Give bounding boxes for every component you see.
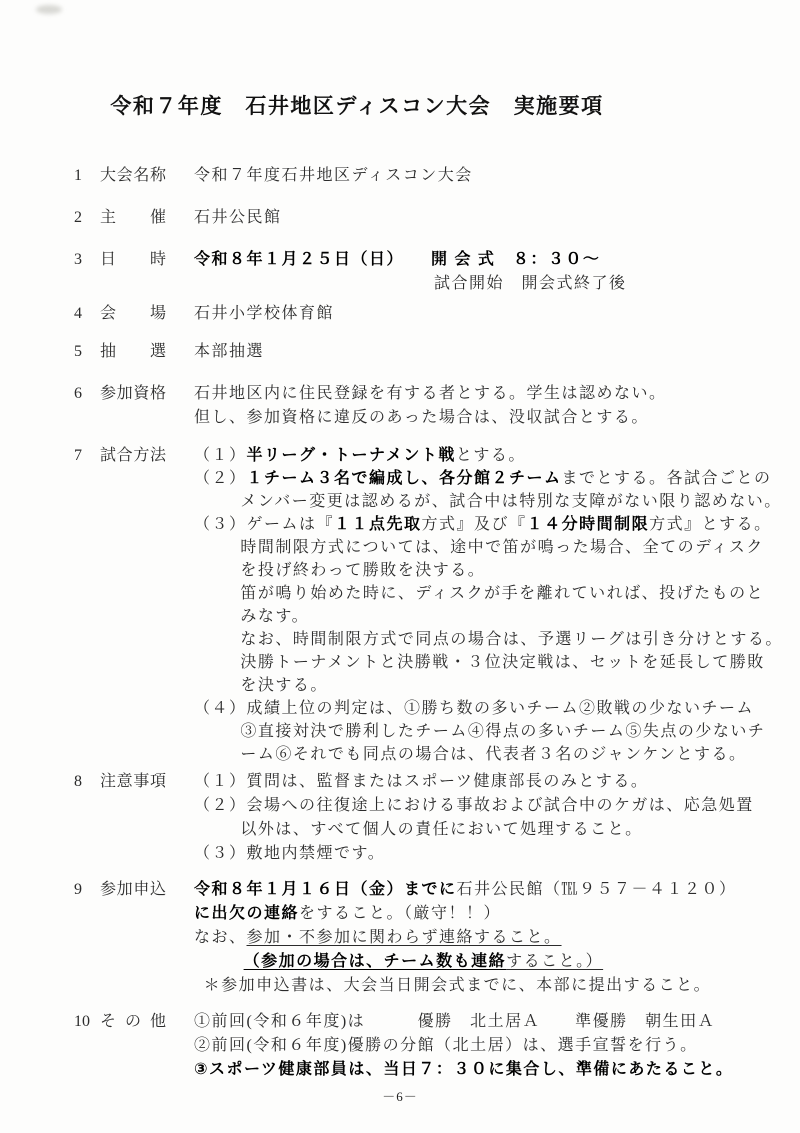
section-label: 参加資格	[100, 382, 166, 406]
label-char: 合	[117, 444, 133, 467]
text-line: 石井公民館	[194, 206, 770, 230]
section-6: 6参加資格石井地区内に住民登録を有する者とする。学生は認めない。但し、参加資格に…	[74, 382, 770, 430]
section-content: 令和８年１月１６日（金）までに石井公民館（℡９５７－４１２０）に出欠の連絡をする…	[194, 878, 770, 998]
label-char: 場	[150, 302, 166, 326]
text-segment: 開 会 式 ８：３０～	[431, 251, 600, 268]
text-line: を投げ終わって勝敗を決する。	[194, 559, 783, 582]
section-label: 日時	[100, 248, 166, 272]
section-content: 石井小学校体育館	[194, 302, 770, 326]
text-line: ＊参加申込書は、大会当日開会式までに、本部に提出すること。	[194, 974, 770, 998]
text-segment: 決勝トーナメントと決勝戦・３位決定戦は、セットを延長して勝敗	[240, 654, 764, 671]
text-segment: １１点先取	[334, 516, 422, 533]
label-char: 抽	[100, 340, 116, 364]
text-line: 令和８年１月１６日（金）までに石井公民館（℡９５７－４１２０）	[194, 878, 770, 902]
section-number: 6	[74, 382, 100, 430]
section-label: その他	[100, 1010, 166, 1034]
text-segment: （１）	[194, 447, 247, 464]
text-segment: 令和７年度石井地区ディスコン大会	[194, 167, 473, 184]
text-segment: （４）	[194, 700, 247, 717]
section-number: 2	[74, 206, 100, 230]
text-segment: ③直接対決で勝利したチーム④得点の多いチーム⑤失点の少ないチ	[240, 723, 765, 740]
label-char: 日	[100, 248, 116, 272]
section-label: 抽選	[100, 340, 166, 364]
text-segment: 半リーグ・トーナメント戦	[247, 447, 456, 464]
text-segment: を決する。	[240, 677, 328, 694]
section-8: 8注意事項（１）質問は、監督またはスポーツ健康部長のみとする。（２）会場への往復…	[74, 770, 770, 866]
section-number: 4	[74, 302, 100, 326]
text-segment: なお、時間制限方式で同点の場合は、予選リーグは引き分けとする。	[240, 631, 783, 648]
text-segment: 以外は、すべて個人の責任において処理すること。	[240, 821, 642, 838]
text-line: を決する。	[194, 674, 783, 697]
section-9: 9参加申込令和８年１月１６日（金）までに石井公民館（℡９５７－４１２０）に出欠の…	[74, 878, 770, 998]
text-line: （１）半リーグ・トーナメント戦とする。	[194, 444, 783, 467]
text-segment: 会場への往復途上における事故および試合中のケガは、応急処置	[247, 797, 754, 814]
section-content: 本部抽選	[194, 340, 770, 364]
section-content: 石井地区内に住民登録を有する者とする。学生は認めない。但し、参加資格に違反のあっ…	[194, 382, 770, 430]
text-segment: 石井公民館（℡９５７－４１２０）	[457, 881, 737, 898]
text-line: なお、時間制限方式で同点の場合は、予選リーグは引き分けとする。	[194, 628, 783, 651]
label-char: 加	[117, 878, 133, 902]
label-char: 意	[117, 770, 133, 794]
label-char: 法	[150, 444, 166, 467]
section-4: 4会場石井小学校体育館	[74, 302, 770, 326]
text-segment: なお、	[194, 929, 247, 946]
section-content: （１）半リーグ・トーナメント戦とする。（２）１チーム３名で編成し、各分館２チーム…	[194, 444, 783, 766]
section-number: 10	[74, 1010, 100, 1082]
text-segment: 参加・不参加に関わらず連絡すること。	[247, 929, 562, 946]
text-segment: １４分時間制限	[527, 516, 650, 533]
text-segment: ーム⑥それでも同点の場合は、代表者３名のジャンケンとする。	[240, 746, 746, 763]
text-line: 石井地区内に住民登録を有する者とする。学生は認めない。	[194, 382, 770, 406]
text-segment: 方式』及び『	[422, 516, 527, 533]
text-line: （２）１チーム３名で編成し、各分館２チームまでとする。各試合ごとの	[194, 467, 783, 490]
text-line: （３）敷地内禁煙です。	[194, 842, 770, 866]
section-content: （１）質問は、監督またはスポーツ健康部長のみとする。（２）会場への往復途上におけ…	[194, 770, 770, 866]
section-10: 10その他①前回(令和６年度)は 優勝 北土居Ａ 準優勝 朝生田Ａ②前回(令和６…	[74, 1010, 770, 1082]
section-number: 1	[74, 164, 100, 188]
text-segment: 試合開始 開会式終了後	[434, 275, 627, 292]
text-segment: 石井地区内に住民登録を有する者とする。学生は認めない。	[194, 385, 667, 402]
text-segment: （参加の場合は、チーム数も連絡	[244, 953, 507, 970]
text-line: メンバー変更は認めるが、試合中は特別な支障がない限り認めない。	[194, 490, 783, 513]
text-segment: とする。	[456, 447, 526, 464]
text-line: 石井小学校体育館	[194, 302, 770, 326]
label-char: 参	[100, 878, 116, 902]
section-5: 5抽選本部抽選	[74, 340, 770, 364]
label-char: そ	[100, 1010, 116, 1034]
text-segment: １チーム３名で編成し、各分館２チーム	[247, 470, 562, 487]
text-segment: までとする。各試合ごとの	[562, 470, 772, 487]
section-content: ①前回(令和６年度)は 優勝 北土居Ａ 準優勝 朝生田Ａ②前回(令和６年度)優勝…	[194, 1010, 770, 1082]
section-number: 7	[74, 444, 100, 766]
section-7: 7試合方法（１）半リーグ・トーナメント戦とする。（２）１チーム３名で編成し、各分…	[74, 444, 770, 766]
text-segment: ゲームは『	[247, 516, 335, 533]
section-label: 会場	[100, 302, 166, 326]
label-char: 選	[150, 340, 166, 364]
label-char: 方	[133, 444, 149, 467]
label-char: 催	[150, 206, 166, 230]
label-char: 資	[133, 382, 149, 406]
text-segment: （１）	[194, 773, 247, 790]
section-content: 石井公民館	[194, 206, 770, 230]
label-char: 事	[133, 770, 149, 794]
text-segment: 本部抽選	[194, 343, 264, 360]
text-line: ③スポーツ健康部員は、当日７：３０に集合し、準備にあたること。	[194, 1058, 770, 1082]
label-char: 申	[133, 878, 149, 902]
text-line: なお、参加・不参加に関わらず連絡すること。	[194, 926, 770, 950]
text-line: に出欠の連絡をすること。（厳守！！）	[194, 902, 770, 926]
text-segment: に出欠の連絡	[194, 905, 299, 922]
text-line: （３）ゲームは『１１点先取方式』及び『１４分時間制限方式』とする。	[194, 513, 783, 536]
text-segment: みなす。	[240, 608, 309, 625]
text-segment: を投げ終わって勝敗を決する。	[240, 562, 485, 579]
text-line: 以外は、すべて個人の責任において処理すること。	[194, 818, 770, 842]
text-segment: 方式』とする。	[649, 516, 772, 533]
label-char: 注	[100, 770, 116, 794]
section-label: 注意事項	[100, 770, 166, 794]
text-segment: 時間制限方式については、途中で笛が鳴った場合、全てのディスク	[240, 539, 763, 556]
label-char: 会	[100, 302, 116, 326]
section-number: 9	[74, 878, 100, 998]
label-char: 会	[117, 164, 133, 188]
section-label: 大会名称	[100, 164, 166, 188]
text-segment: 令和８年１月１６日（金）までに	[194, 881, 457, 898]
label-char: 項	[150, 770, 166, 794]
section-number: 3	[74, 248, 100, 296]
text-segment: 成績上位の判定は、①勝ち数の多いチーム②敗戦の少ないチーム	[247, 700, 755, 717]
section-content: 令和８年１月２５日（日） 開 会 式 ８：３０～試合開始 開会式終了後	[194, 248, 770, 296]
section-label: 参加申込	[100, 878, 166, 902]
page-number: －6－	[0, 1086, 800, 1105]
text-line: 本部抽選	[194, 340, 770, 364]
text-line: （参加の場合は、チーム数も連絡すること。）	[194, 950, 770, 974]
text-segment: 石井小学校体育館	[194, 305, 334, 322]
text-segment: 笛が鳴り始めた時に、ディスクが手を離れていれば、投げたものと	[240, 585, 764, 602]
section-number: 5	[74, 340, 100, 364]
text-segment: （３）	[194, 845, 247, 862]
text-line: （４）成績上位の判定は、①勝ち数の多いチーム②敗戦の少ないチーム	[194, 697, 783, 720]
text-line: ②前回(令和６年度)優勝の分館（北土居）は、選手宣誓を行う。	[194, 1034, 770, 1058]
label-char: 時	[150, 248, 166, 272]
text-line: ③直接対決で勝利したチーム④得点の多いチーム⑤失点の少ないチ	[194, 720, 783, 743]
text-line: ーム⑥それでも同点の場合は、代表者３名のジャンケンとする。	[194, 743, 783, 766]
label-char: 参	[100, 382, 116, 406]
text-line: （２）会場への往復途上における事故および試合中のケガは、応急処置	[194, 794, 770, 818]
label-char: 込	[150, 878, 166, 902]
text-segment: をすること。（厳守！！）	[299, 905, 501, 922]
text-segment: メンバー変更は認めるが、試合中は特別な支障がない限り認めない。	[240, 493, 781, 510]
document-page: 令和７年度 石井地区ディスコン大会 実施要項 1大会名称令和７年度石井地区ディス…	[0, 0, 800, 1133]
section-number: 8	[74, 770, 100, 866]
text-line: 令和７年度石井地区ディスコン大会	[194, 164, 770, 188]
label-char: 大	[100, 164, 116, 188]
label-char: 主	[100, 206, 116, 230]
label-char: 試	[100, 444, 116, 467]
text-segment: （２）	[194, 797, 247, 814]
text-line: （１）質問は、監督またはスポーツ健康部長のみとする。	[194, 770, 770, 794]
text-line: 時間制限方式については、途中で笛が鳴った場合、全てのディスク	[194, 536, 783, 559]
text-segment: 敷地内禁煙です。	[247, 845, 386, 862]
text-segment: 令和８年１月２５日（日）	[194, 251, 396, 268]
text-line: 決勝トーナメントと決勝戦・３位決定戦は、セットを延長して勝敗	[194, 651, 783, 674]
label-char: 格	[150, 382, 166, 406]
text-segment: 質問は、監督またはスポーツ健康部長のみとする。	[247, 773, 649, 790]
text-line: 笛が鳴り始めた時に、ディスクが手を離れていれば、投げたものと	[194, 582, 783, 605]
section-1: 1大会名称令和７年度石井地区ディスコン大会	[74, 164, 770, 188]
text-line: 但し、参加資格に違反のあった場合は、没収試合とする。	[194, 406, 770, 430]
text-segment: ②前回(令和６年度)優勝の分館（北土居）は、選手宣誓を行う。	[194, 1037, 698, 1054]
text-segment: ＊参加申込書は、大会当日開会式までに、本部に提出すること。	[204, 977, 712, 994]
section-label: 主催	[100, 206, 166, 230]
section-3: 3日時令和８年１月２５日（日） 開 会 式 ８：３０～試合開始 開会式終了後	[74, 248, 770, 296]
text-segment: （３）	[194, 516, 247, 533]
label-char: 称	[150, 164, 166, 188]
label-char: の	[125, 1010, 141, 1034]
text-segment: すること。）	[506, 953, 603, 970]
label-char: 加	[117, 382, 133, 406]
section-2: 2主催石井公民館	[74, 206, 770, 230]
text-segment: 石井公民館	[194, 209, 282, 226]
section-content: 令和７年度石井地区ディスコン大会	[194, 164, 770, 188]
text-segment: （２）	[194, 470, 247, 487]
text-segment: ①前回(令和６年度)は 優勝 北土居Ａ 準優勝 朝生田Ａ	[194, 1013, 715, 1030]
text-segment	[396, 251, 431, 268]
document-title: 令和７年度 石井地区ディスコン大会 実施要項	[0, 0, 757, 120]
text-line: 試合開始 開会式終了後	[194, 272, 770, 296]
text-segment: 但し、参加資格に違反のあった場合は、没収試合とする。	[194, 409, 649, 426]
section-label: 試合方法	[100, 444, 166, 467]
label-char: 名	[133, 164, 149, 188]
text-segment: ③スポーツ健康部員は、当日７：３０に集合し、準備にあたること。	[194, 1061, 733, 1078]
text-line: みなす。	[194, 605, 783, 628]
sections-list: 1大会名称令和７年度石井地区ディスコン大会2主催石井公民館3日時令和８年１月２５…	[0, 164, 800, 1082]
text-line: ①前回(令和６年度)は 優勝 北土居Ａ 準優勝 朝生田Ａ	[194, 1010, 770, 1034]
text-line: 令和８年１月２５日（日） 開 会 式 ８：３０～	[194, 248, 770, 272]
label-char: 他	[150, 1010, 166, 1034]
